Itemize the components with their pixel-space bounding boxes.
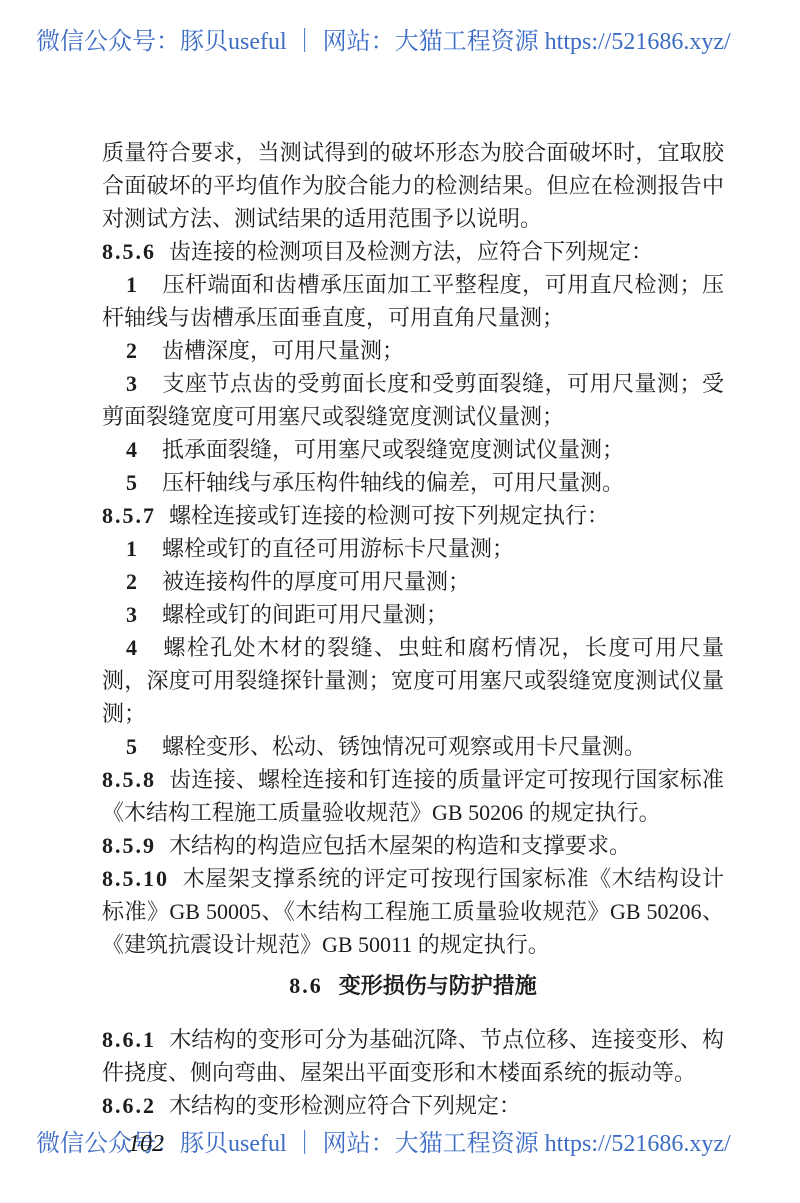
list-item-2: 2被连接构件的厚度可用尺量测； [102,565,724,598]
list-item-5: 5螺栓变形、松动、锈蚀情况可观察或用卡尺量测。 [102,730,724,763]
item-number: 4 [126,635,137,660]
item-text: 被连接构件的厚度可用尺量测； [162,569,470,594]
item-text: 压杆端面和齿槽承压面加工平整程度，可用直尺检测；压杆轴线与齿槽承压面垂直度，可用… [102,272,724,330]
item-text: 齿槽深度，可用尺量测； [162,338,404,363]
section-title: 变形损伤与防护措施 [339,973,537,998]
list-item-4: 4螺栓孔处木材的裂缝、虫蛀和腐朽情况，长度可用尺量测，深度可用裂缝探针量测；宽度… [102,631,724,730]
item-text: 螺栓或钉的间距可用尺量测； [162,602,448,627]
item-text: 螺栓或钉的直径可用游标卡尺量测； [162,536,514,561]
item-text: 抵承面裂缝，可用塞尺或裂缝宽度测试仪量测； [162,437,624,462]
clause-number: 8.5.8 [102,767,156,792]
clause-text: 木屋架支撑系统的评定可按现行国家标准《木结构设计标准》GB 50005、《木结构… [102,866,724,957]
paragraph-continuation: 质量符合要求，当测试得到的破坏形态为胶合面破坏时，宜取胶合面破坏的平均值作为胶合… [102,136,724,235]
page-number: 102 [128,1130,164,1158]
clause-8-5-7: 8.5.7螺栓连接或钉连接的检测可按下列规定执行： [102,499,724,532]
section-number: 8.6 [289,973,323,998]
item-text: 压杆轴线与承压构件轴线的偏差，可用尺量测。 [162,470,624,495]
clause-number: 8.5.7 [102,503,156,528]
clause-text: 木结构的构造应包括木屋架的构造和支撑要求。 [169,833,631,858]
list-item-1: 1螺栓或钉的直径可用游标卡尺量测； [102,532,724,565]
clause-8-6-2: 8.6.2木结构的变形检测应符合下列规定： [102,1089,724,1122]
clause-number: 8.5.9 [102,833,156,858]
item-text: 支座节点齿的受剪面长度和受剪面裂缝，可用尺量测；受剪面裂缝宽度可用塞尺或裂缝宽度… [102,371,724,429]
clause-text: 螺栓连接或钉连接的检测可按下列规定执行： [169,503,609,528]
list-item-2: 2齿槽深度，可用尺量测； [102,334,724,367]
item-number: 2 [126,338,137,363]
clause-text: 木结构的变形检测应符合下列规定： [169,1093,521,1118]
list-item-1: 1压杆端面和齿槽承压面加工平整程度，可用直尺检测；压杆轴线与齿槽承压面垂直度，可… [102,268,724,334]
item-number: 4 [126,437,137,462]
item-number: 1 [126,536,137,561]
clause-8-5-9: 8.5.9木结构的构造应包括木屋架的构造和支撑要求。 [102,829,724,862]
item-number: 1 [126,272,137,297]
document-page: 微信公众号：豚贝useful ｜ 网站：大猫工程资源 https://52168… [0,0,800,1203]
clause-number: 8.6.2 [102,1093,156,1118]
clause-number: 8.5.6 [102,239,156,264]
list-item-3: 3支座节点齿的受剪面长度和受剪面裂缝，可用尺量测；受剪面裂缝宽度可用塞尺或裂缝宽… [102,367,724,433]
header-watermark: 微信公众号：豚贝useful ｜ 网站：大猫工程资源 https://52168… [36,28,796,56]
clause-text: 齿连接的检测项目及检测方法，应符合下列规定： [169,239,653,264]
clause-8-5-10: 8.5.10木屋架支撑系统的评定可按现行国家标准《木结构设计标准》GB 5000… [102,862,724,961]
clause-8-6-1: 8.6.1木结构的变形可分为基础沉降、节点位移、连接变形、构件挠度、侧向弯曲、屋… [102,1023,724,1089]
item-number: 5 [126,734,137,759]
item-number: 3 [126,371,137,396]
clause-text: 齿连接、螺栓连接和钉连接的质量评定可按现行国家标准《木结构工程施工质量验收规范》… [102,767,724,825]
clause-number: 8.6.1 [102,1027,156,1052]
item-number: 5 [126,470,137,495]
item-number: 2 [126,569,137,594]
clause-text: 木结构的变形可分为基础沉降、节点位移、连接变形、构件挠度、侧向弯曲、屋架出平面变… [102,1027,724,1085]
clause-8-5-6: 8.5.6齿连接的检测项目及检测方法，应符合下列规定： [102,235,724,268]
item-number: 3 [126,602,137,627]
clause-8-5-8: 8.5.8齿连接、螺栓连接和钉连接的质量评定可按现行国家标准《木结构工程施工质量… [102,763,724,829]
list-item-3: 3螺栓或钉的间距可用尺量测； [102,598,724,631]
page-body: 质量符合要求，当测试得到的破坏形态为胶合面破坏时，宜取胶合面破坏的平均值作为胶合… [102,136,724,1122]
section-heading-8-6: 8.6变形损伤与防护措施 [102,969,724,1002]
item-text: 螺栓孔处木材的裂缝、虫蛀和腐朽情况，长度可用尺量测，深度可用裂缝探针量测；宽度可… [102,635,724,726]
clause-number: 8.5.10 [102,866,169,891]
list-item-4: 4抵承面裂缝，可用塞尺或裂缝宽度测试仪量测； [102,433,724,466]
item-text: 螺栓变形、松动、锈蚀情况可观察或用卡尺量测。 [162,734,646,759]
list-item-5: 5压杆轴线与承压构件轴线的偏差，可用尺量测。 [102,466,724,499]
